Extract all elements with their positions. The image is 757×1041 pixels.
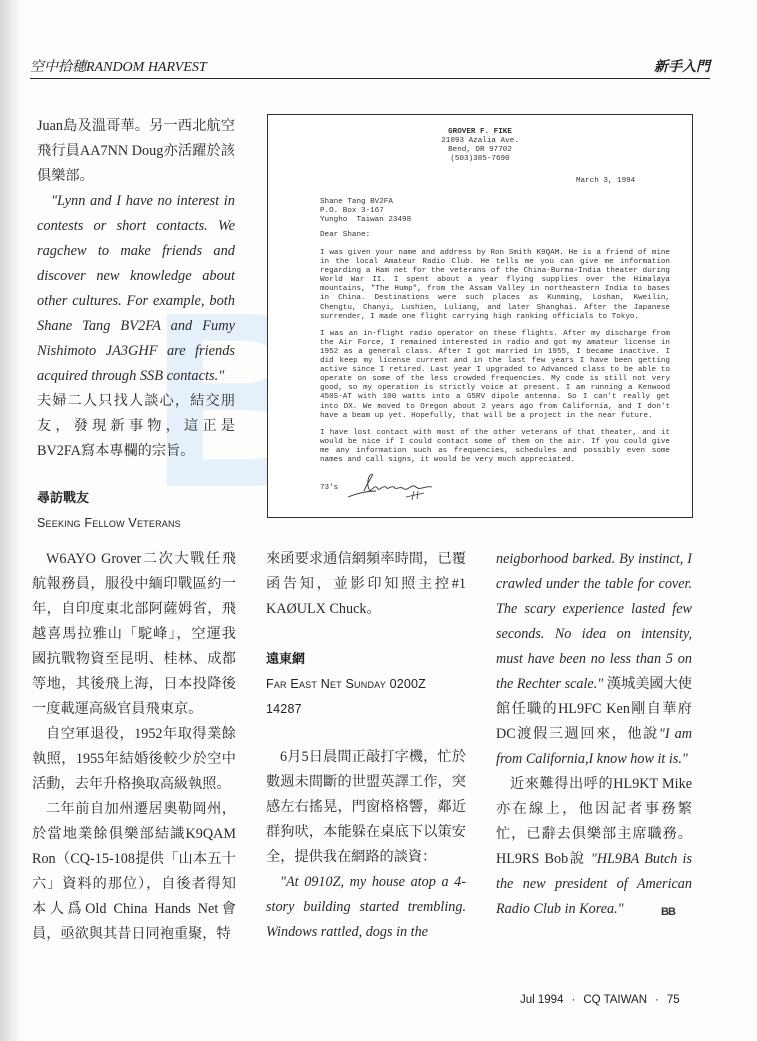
letter-paragraph: I was an in-flight radio operator on the… [320,330,670,421]
section-heading-frequency: 14287 [266,697,466,722]
page-gutter-shadow [0,0,22,1041]
recipient-name: Shane Tang BV2FA [320,198,411,207]
signature-icon [346,471,436,501]
recipient-city: Yungho Taiwan 23498 [320,216,411,225]
sender-street: 21093 Azalia Ave. [268,137,692,146]
paragraph: 二年前自加州遷居奧勒岡州，於當地業餘俱樂部結識K9QAM Ron（CQ-15-1… [32,797,236,947]
paragraph: W6AYO Grover二次大戰任飛航報務員，服役中緬印戰區約一年，自印度東北部… [32,547,236,722]
separator: · [655,994,659,1006]
section-title: 新手入門 [654,56,710,76]
paragraph: 6月5日晨間正敲打字機，忙於數週未間斷的世盟英譯工作，突感左右搖晃，門窗格格響，… [266,745,466,870]
letter-paragraph: I have lost contact with most of the oth… [320,429,670,465]
letter-date: March 3, 1994 [576,177,635,186]
column-1-bottom: W6AYO Grover二次大戰任飛航報務員，服役中緬印戰區約一年，自印度東北部… [32,547,236,947]
page-footer: Jul 1994·CQ TAIWAN·75 [520,994,680,1006]
section-heading-en: Far East Net Sunday 0200Z [266,672,466,697]
letter-paragraph: I was given your name and address by Ron… [320,249,670,322]
page-number: 75 [667,994,680,1006]
section-heading-cn: 遠東網 [266,647,466,672]
sender-name: GROVER F. FIKE [268,128,692,137]
salutation: Dear Shane: [320,231,370,240]
magazine-name: CQ TAIWAN [583,994,647,1006]
paragraph: Juan島及溫哥華。另一西北航空飛行員AA7NN Doug亦活躍於該俱樂部。 [37,114,235,189]
separator: · [571,994,575,1006]
column-1-top: Juan島及溫哥華。另一西北航空飛行員AA7NN Doug亦活躍於該俱樂部。 "… [37,114,235,536]
section-heading-cn: 尋訪戰友 [37,486,235,511]
paragraph: 夫婦二人只找人談心，結交朋友，發現新事物，這正是BV2FA寫本專欄的宗旨。 [37,389,235,464]
sender-city: Bend, OR 97702 [268,146,692,155]
letter-image: GROVER F. FIKE 21093 Azalia Ave. Bend, O… [267,114,693,518]
sender-phone: (503)385-7690 [268,155,692,164]
paragraph: neigborhood barked. By instinct, I crawl… [496,547,692,772]
closing: 73's [320,484,338,493]
section-heading-en: Seeking Fellow Veterans [37,511,235,536]
quote-paragraph: "At 0910Z, my house atop a 4-story build… [266,870,466,945]
recipient-address: Shane Tang BV2FA P.O. Box 3-167 Yungho T… [320,198,411,225]
quote-continuation: neigborhood barked. By instinct, I crawl… [496,551,692,692]
issue-date: Jul 1994 [520,994,563,1006]
quote-paragraph: "Lynn and I have no interest in contests… [37,189,235,389]
running-header: 空中拾穗RANDOM HARVEST 新手入門 [30,52,710,79]
column-3: neigborhood barked. By instinct, I crawl… [496,547,692,922]
letter-body: I was given your name and address by Ron… [320,249,670,473]
column-title: 空中拾穗RANDOM HARVEST [30,56,207,76]
recipient-box: P.O. Box 3-167 [320,207,411,216]
paragraph: 近來難得出呼的HL9KT Mike亦在線上，他因記者事務繁忙，已辭去俱樂部主席職… [496,772,692,922]
letterhead: GROVER F. FIKE 21093 Azalia Ave. Bend, O… [268,128,692,164]
paragraph: 來函要求通信網頻率時間，已覆函告知，並影印知照主控#1 KAØULX Chuck… [266,547,466,622]
paragraph: 自空軍退役，1952年取得業餘執照，1955年結婚後較少於空中活動，去年升格換取… [32,722,236,797]
column-2: 來函要求通信網頻率時間，已覆函告知，並影印知照主控#1 KAØULX Chuck… [266,547,466,945]
